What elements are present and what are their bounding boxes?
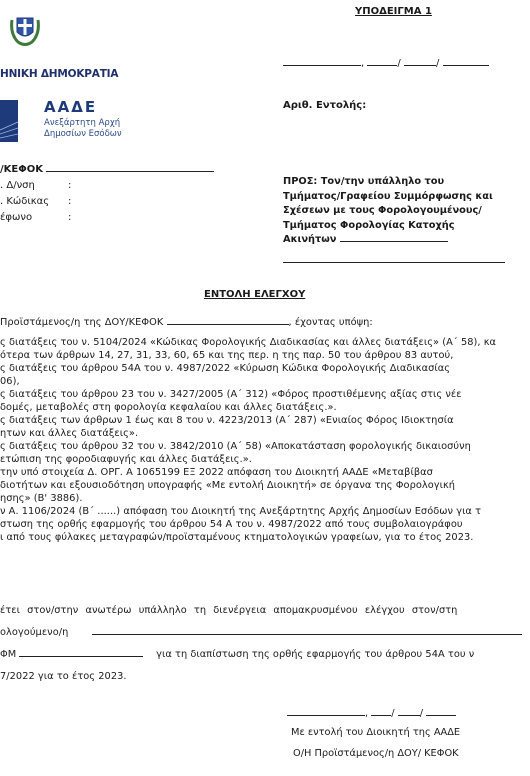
office-field-row: . Κώδικας: (0, 194, 214, 210)
consideration-line: την υπό στοιχεία Δ. ΟΡΓ. Α 1065199 ΕΞ 20… (0, 466, 496, 479)
consideration-line: 06), (0, 375, 496, 388)
recipient-line: ΠΡΟΣ: Τον/την υπάλληλο του (283, 175, 493, 190)
intro-after: , έχοντας υπόψη: (289, 317, 373, 328)
slash: / (420, 708, 423, 719)
sig-day-blank[interactable] (371, 715, 391, 716)
recipient-line: Τμήματος/Γραφείου Συμμόρφωσης και (283, 190, 493, 205)
considerations-list: ς διατάξεις του ν. 5104/2024 «Κώδικας Φο… (0, 336, 496, 544)
consideration-line: ς διατάξεις του άρθρου 54Α του ν. 4987/2… (0, 362, 496, 375)
aade-subtitle-line: Δημοσίων Εσόδων (44, 129, 122, 140)
field-label: . Κώδικας (0, 194, 68, 210)
office-field-row: έφωνο: (0, 210, 214, 226)
consideration-line: ν Α. 1106/2024 (Β΄ ......) απόφαση του Δ… (0, 505, 496, 518)
taxpayer-label: ολογούμενο/η (0, 622, 92, 644)
field-sep: : (68, 210, 71, 226)
consideration-line: δομές, μεταβολές στη φορολογία κεφαλαίου… (0, 401, 496, 414)
office-blank[interactable] (167, 324, 289, 325)
recipient-block: ΠΡΟΣ: Τον/την υπάλληλο του Τμήματος/Γραφ… (283, 175, 493, 248)
slash: / (397, 58, 400, 69)
office-name-blank[interactable] (46, 171, 214, 172)
republic-title: ΗΝΙΚΗ ΔΗΜΟΚΡΑΤΙΑ (0, 68, 118, 80)
recipient-line-text: Ακινήτων (283, 234, 336, 245)
recipient-line: Σχέσεων με τους Φορολογουμένους/ (283, 204, 493, 219)
aade-title: ΑΑΔΕ (44, 98, 97, 116)
field-label: έφωνο (0, 210, 68, 226)
recipient-line: Τμήματος Φορολογίας Κατοχής (283, 219, 493, 234)
order-title: ΕΝΤΟΛΗ ΕΛΕΓΧΟΥ (204, 289, 305, 300)
assignment-purpose: για τη διαπίστωση της ορθής εφαρμογής το… (156, 649, 474, 660)
office-title: /ΚΕΦΟΚ (0, 164, 43, 175)
office-field-row: . Δ/νση: (0, 178, 214, 194)
field-sep: : (68, 194, 71, 210)
place-blank[interactable] (283, 65, 361, 66)
order-number-label: Αριθ. Εντολής: (283, 100, 366, 111)
consideration-line: ησης» (Β' 3886). (0, 492, 496, 505)
aade-logo-icon (0, 100, 18, 142)
intro-before: Προϊστάμενος/η της ΔΟΥ/ΚΕΦΟΚ (0, 317, 163, 328)
intro-line: Προϊστάμενος/η της ΔΟΥ/ΚΕΦΟΚ , έχοντας υ… (0, 316, 373, 329)
assignment-line: ΦΜ για τη διαπίστωση της ορθής εφαρμογής… (0, 644, 522, 666)
signature-date: , / / (287, 708, 456, 719)
year-blank[interactable] (443, 65, 489, 66)
aade-subtitle: Ανεξάρτητη Αρχή Δημοσίων Εσόδων (44, 118, 122, 139)
recipient-blank[interactable] (340, 241, 448, 242)
sig-year-blank[interactable] (426, 715, 456, 716)
field-sep: : (68, 178, 71, 194)
consideration-line: ς διατάξεις των άρθρων 1 έως και 8 του ν… (0, 414, 496, 427)
sig-month-blank[interactable] (398, 715, 420, 716)
assignment-block: έτει στον/στην ανωτέρω υπάλληλο τη διενέ… (0, 600, 522, 688)
consideration-line: στωση της ορθής εφαρμογής του άρθρου 54 … (0, 518, 496, 531)
slash: / (436, 58, 439, 69)
consideration-line: ι από τους φύλακες μεταγραφών/προϊσταμέν… (0, 531, 496, 544)
comma: , (365, 708, 368, 719)
office-block: /ΚΕΦΟΚ . Δ/νση: . Κώδικας: έφωνο: (0, 162, 214, 226)
consideration-line: ότερα των άρθρων 14, 27, 31, 33, 60, 65 … (0, 349, 496, 362)
greek-coat-of-arms-icon (8, 12, 42, 48)
consideration-line: ητων και άλλες διατάξεις». (0, 427, 496, 440)
consideration-line: ετώπιση της φοροδιαφυγής και άλλες διατά… (0, 453, 496, 466)
consideration-line: ς διατάξεις του άρθρου 23 του ν. 3427/20… (0, 388, 496, 401)
sig-place-blank[interactable] (287, 715, 365, 716)
consideration-line: ς διατάξεις του άρθρου 32 του ν. 3842/20… (0, 440, 496, 453)
consideration-line: διοτήτων και εξουσιοδότηση υπογραφής «Με… (0, 479, 496, 492)
comma: , (361, 58, 364, 69)
recipient-blank-2[interactable] (283, 262, 505, 263)
consideration-line: ς διατάξεις του ν. 5104/2024 «Κώδικας Φο… (0, 336, 496, 349)
slash: / (391, 708, 394, 719)
sample-label: ΥΠΟΔΕΙΓΜΑ 1 (355, 6, 432, 17)
month-blank[interactable] (404, 65, 436, 66)
taxpayer-blank[interactable] (92, 634, 522, 635)
afm-blank[interactable] (19, 656, 143, 657)
assignment-line: ολογούμενο/η (0, 622, 522, 644)
aade-subtitle-line: Ανεξάρτητη Αρχή (44, 118, 122, 129)
by-order-text: Με εντολή του Διοικητή της ΑΑΔΕ (291, 727, 460, 738)
field-label: . Δ/νση (0, 178, 68, 194)
afm-label: ΦΜ (0, 649, 16, 660)
signer-text: Ο/Η Προϊστάμενος/η ΔΟΥ/ ΚΕΦΟΚ (293, 748, 459, 759)
day-blank[interactable] (367, 65, 397, 66)
office-title-row: /ΚΕΦΟΚ (0, 162, 214, 178)
date-fill-in: , / / (283, 58, 489, 69)
recipient-line: Ακινήτων (283, 233, 493, 248)
assignment-line: 7/2022 για το έτος 2023. (0, 666, 522, 688)
assignment-line: έτει στον/στην ανωτέρω υπάλληλο τη διενέ… (0, 600, 522, 622)
